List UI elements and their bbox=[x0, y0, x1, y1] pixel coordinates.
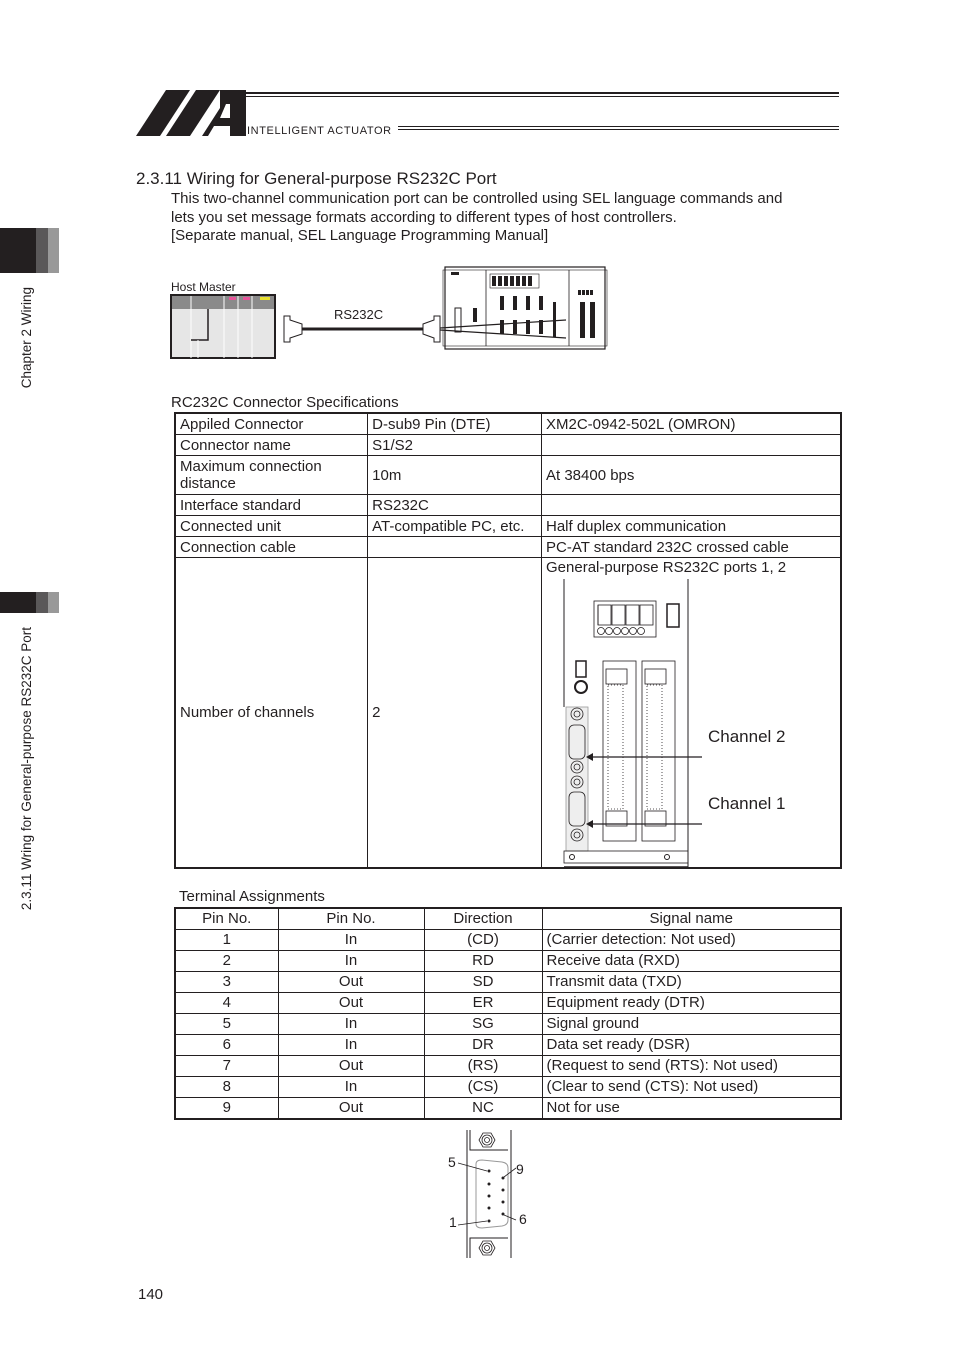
spec-value: 10m bbox=[368, 456, 542, 495]
spec-value: S1/S2 bbox=[368, 435, 542, 456]
table-row: Interface standard RS232C bbox=[175, 495, 841, 516]
chapter-side-label: Chapter 2 Wiring bbox=[19, 287, 34, 388]
pin-direction: SD bbox=[424, 972, 542, 993]
column-header: Direction bbox=[424, 908, 542, 930]
pin-io: In bbox=[278, 951, 424, 972]
spec-label: Appiled Connector bbox=[175, 413, 368, 435]
signal-name: Equipment ready (DTR) bbox=[542, 993, 841, 1014]
spec-label: Maximum connection distance bbox=[175, 456, 368, 495]
spec-table: Appiled Connector D-sub9 Pin (DTE) XM2C-… bbox=[174, 412, 842, 869]
pin-direction: (CD) bbox=[424, 930, 542, 951]
column-header: Signal name bbox=[542, 908, 841, 930]
pin-number: 7 bbox=[175, 1056, 278, 1077]
pin-number: 8 bbox=[175, 1077, 278, 1098]
channel1-label: Channel 1 bbox=[708, 795, 786, 812]
pin-direction: DR bbox=[424, 1035, 542, 1056]
pin-io: Out bbox=[278, 1056, 424, 1077]
signal-name: Data set ready (DSR) bbox=[542, 1035, 841, 1056]
pin-direction: (RS) bbox=[424, 1056, 542, 1077]
dsub9-connector-diagram bbox=[440, 1128, 540, 1260]
spec-value bbox=[368, 537, 542, 558]
spec-note: XM2C-0942-502L (OMRON) bbox=[542, 413, 842, 435]
iai-logo bbox=[136, 90, 246, 136]
spec-value: 2 bbox=[368, 558, 542, 869]
chapter-tab bbox=[0, 228, 36, 273]
spec-note bbox=[542, 495, 842, 516]
table-row: 8In(CS)(Clear to send (CTS): Not used) bbox=[175, 1077, 841, 1098]
spec-note: At 38400 bps bbox=[542, 456, 842, 495]
header-rule bbox=[246, 96, 839, 97]
table-row: 4OutEREquipment ready (DTR) bbox=[175, 993, 841, 1014]
spec-note bbox=[542, 435, 842, 456]
spec-value: AT-compatible PC, etc. bbox=[368, 516, 542, 537]
signal-name: Transmit data (TXD) bbox=[542, 972, 841, 993]
pin-number: 4 bbox=[175, 993, 278, 1014]
pin-io: In bbox=[278, 930, 424, 951]
signal-name: Not for use bbox=[542, 1098, 841, 1120]
table-row: 2InRDReceive data (RXD) bbox=[175, 951, 841, 972]
pin-label: 9 bbox=[516, 1161, 524, 1177]
table-row: Connector name S1/S2 bbox=[175, 435, 841, 456]
pin-label: 1 bbox=[449, 1214, 457, 1230]
spec-note: Half duplex communication bbox=[542, 516, 842, 537]
spec-value: RS232C bbox=[368, 495, 542, 516]
spec-label: Connected unit bbox=[175, 516, 368, 537]
table-row: 6InDRData set ready (DSR) bbox=[175, 1035, 841, 1056]
pin-io: In bbox=[278, 1077, 424, 1098]
pin-direction: NC bbox=[424, 1098, 542, 1120]
paragraph-line: This two-channel communication port can … bbox=[171, 190, 782, 209]
spec-label: Number of channels bbox=[175, 558, 368, 869]
table-row: Maximum connection distance 10m At 38400… bbox=[175, 456, 841, 495]
column-header: Pin No. bbox=[278, 908, 424, 930]
table-row: 9OutNCNot for use bbox=[175, 1098, 841, 1120]
page-number: 140 bbox=[138, 1286, 163, 1303]
chapter-tab-shade bbox=[36, 228, 48, 273]
section-side-label: 2.3.11 Wring for General-purpose RS232C … bbox=[19, 627, 34, 910]
chapter-tab-shade bbox=[48, 228, 59, 273]
controller-icon bbox=[440, 267, 607, 349]
signal-name: (Carrier detection: Not used) bbox=[542, 930, 841, 951]
pin-io: Out bbox=[278, 972, 424, 993]
table-row: Connection cable PC-AT standard 232C cro… bbox=[175, 537, 841, 558]
signal-name: (Clear to send (CTS): Not used) bbox=[542, 1077, 841, 1098]
paragraph-line: [Separate manual, SEL Language Programmi… bbox=[171, 227, 548, 246]
spec-note: PC-AT standard 232C crossed cable bbox=[542, 537, 842, 558]
pin-number: 1 bbox=[175, 930, 278, 951]
table-row: Number of channels 2 General-purpose RS2… bbox=[175, 558, 841, 869]
port-figure-caption: General-purpose RS232C ports 1, 2 bbox=[542, 558, 840, 577]
table-header-row: Pin No. Pin No. Direction Signal name bbox=[175, 908, 841, 930]
pin-direction: (CS) bbox=[424, 1077, 542, 1098]
signal-name: Receive data (RXD) bbox=[542, 951, 841, 972]
pin-label: 5 bbox=[448, 1154, 456, 1170]
pin-number: 5 bbox=[175, 1014, 278, 1035]
pin-io: In bbox=[278, 1035, 424, 1056]
section-tab-shade bbox=[36, 592, 48, 613]
pin-io: Out bbox=[278, 1098, 424, 1120]
terminal-table-body: 1In(CD)(Carrier detection: Not used)2InR… bbox=[175, 930, 841, 1120]
section-tab-shade bbox=[48, 592, 59, 613]
terminal-table-caption: Terminal Assignments bbox=[179, 888, 325, 905]
table-row: 3OutSDTransmit data (TXD) bbox=[175, 972, 841, 993]
spec-table-caption: RC232C Connector Specifications bbox=[171, 394, 399, 411]
table-row: 7Out(RS)(Request to send (RTS): Not used… bbox=[175, 1056, 841, 1077]
pin-label: 6 bbox=[519, 1211, 527, 1227]
header-rule bbox=[246, 92, 839, 94]
section-title: 2.3.11 Wiring for General-purpose RS232C… bbox=[136, 169, 497, 189]
header-rule bbox=[398, 129, 839, 130]
pin-direction: RD bbox=[424, 951, 542, 972]
host-master-icon bbox=[171, 295, 275, 358]
column-header: Pin No. bbox=[175, 908, 278, 930]
wiring-diagram bbox=[168, 262, 613, 362]
pin-number: 9 bbox=[175, 1098, 278, 1120]
port-figure-cell: General-purpose RS232C ports 1, 2 bbox=[542, 558, 842, 869]
port-panel-diagram bbox=[542, 577, 840, 867]
pin-number: 2 bbox=[175, 951, 278, 972]
spec-label: Connector name bbox=[175, 435, 368, 456]
pin-direction: SG bbox=[424, 1014, 542, 1035]
table-row: Connected unit AT-compatible PC, etc. Ha… bbox=[175, 516, 841, 537]
spec-label: Connection cable bbox=[175, 537, 368, 558]
table-row: 1In(CD)(Carrier detection: Not used) bbox=[175, 930, 841, 951]
pin-io: Out bbox=[278, 993, 424, 1014]
section-tab bbox=[0, 592, 36, 613]
channel2-label: Channel 2 bbox=[708, 728, 786, 745]
pin-io: In bbox=[278, 1014, 424, 1035]
header-rule bbox=[398, 126, 839, 127]
pin-number: 6 bbox=[175, 1035, 278, 1056]
paragraph-line: lets you set message formats according t… bbox=[171, 209, 677, 228]
spec-label: Interface standard bbox=[175, 495, 368, 516]
pin-direction: ER bbox=[424, 993, 542, 1014]
table-row: 5InSGSignal ground bbox=[175, 1014, 841, 1035]
terminal-table: Pin No. Pin No. Direction Signal name 1I… bbox=[174, 907, 842, 1120]
pin-number: 3 bbox=[175, 972, 278, 993]
brand-name: INTELLIGENT ACTUATOR bbox=[247, 125, 392, 137]
signal-name: (Request to send (RTS): Not used) bbox=[542, 1056, 841, 1077]
spec-value: D-sub9 Pin (DTE) bbox=[368, 413, 542, 435]
table-row: Appiled Connector D-sub9 Pin (DTE) XM2C-… bbox=[175, 413, 841, 435]
signal-name: Signal ground bbox=[542, 1014, 841, 1035]
